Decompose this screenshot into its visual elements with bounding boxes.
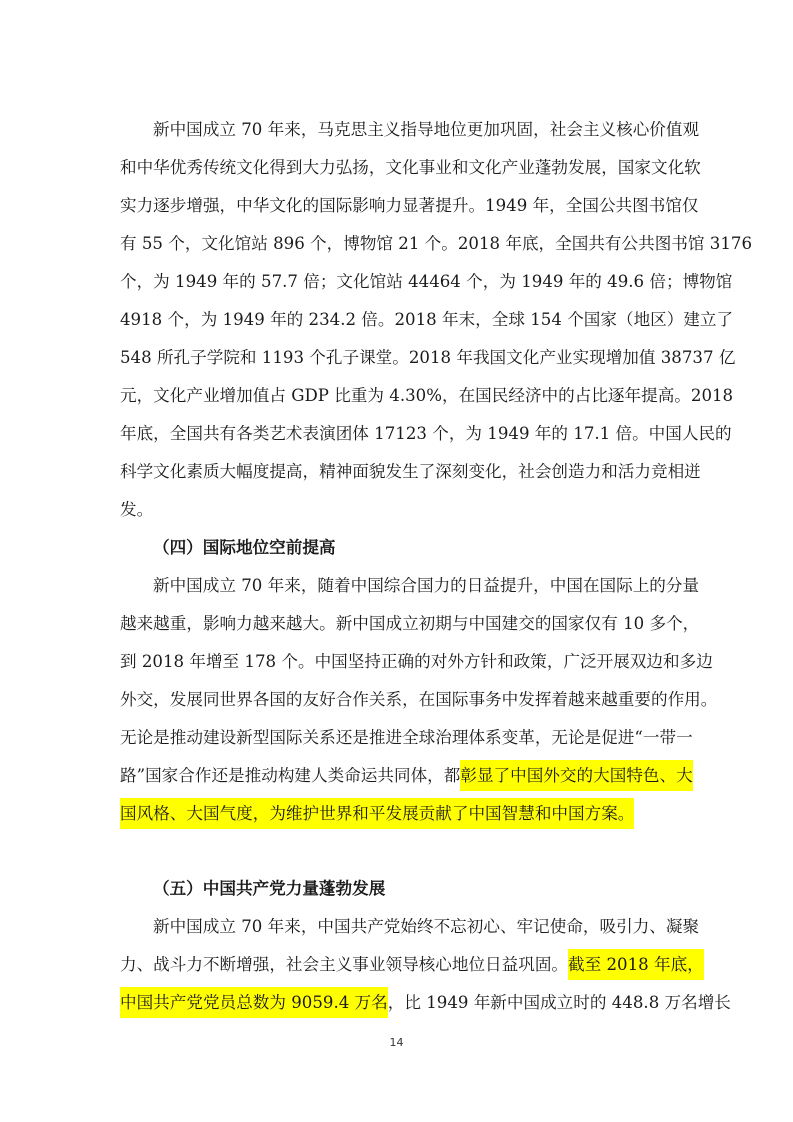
section-heading-international-status: （四）国际地位空前提高	[153, 529, 336, 567]
text-line: 科学文化素质大幅度提高，精神面貌发生了深刻变化，社会创造力和活力竞相迸	[120, 453, 673, 491]
text-line-highlighted: 中国共产党党员总数为 9059.4 万名，比 1949 年新中国成立时的 448…	[120, 984, 673, 1022]
highlighted-text: 中国共产党党员总数为 9059.4 万名	[120, 987, 388, 1018]
text-line-highlighted: 路”国家合作还是推动构建人类命运共同体，都彰显了中国外交的大国特色、大	[120, 757, 673, 795]
plain-text: 路”国家合作还是推动构建人类命运共同体，都	[120, 766, 460, 785]
text-line-highlighted: 力、战斗力不断增强，社会主义事业领导核心地位日益巩固。截至 2018 年底，	[120, 946, 673, 984]
highlighted-text: 彰显了中国外交的大国特色、大	[460, 760, 692, 791]
text-line: 新中国成立 70 年来，马克思主义指导地位更加巩固，社会主义核心价值观	[153, 111, 673, 149]
text-line: 外交，发展同世界各国的友好合作关系，在国际事务中发挥着越来越重要的作用。	[120, 681, 673, 719]
plain-text: ，比 1949 年新中国成立时的 448.8 万名增长	[388, 993, 731, 1012]
text-line: 新中国成立 70 年来，中国共产党始终不忘初心、牢记使命，吸引力、凝聚	[153, 908, 673, 946]
text-line: 年底，全国共有各类艺术表演团体 17123 个，为 1949 年的 17.1 倍…	[120, 415, 673, 453]
text-line-highlighted: 国风格、大国气度，为维护世界和平发展贡献了中国智慧和中国方案。	[120, 795, 634, 833]
text-line: 个，为 1949 年的 57.7 倍；文化馆站 44464 个，为 1949 年…	[120, 263, 673, 301]
text-line: 发。	[120, 491, 153, 529]
text-line: 有 55 个，文化馆站 896 个，博物馆 21 个。2018 年底，全国共有公…	[120, 225, 673, 263]
text-line: 到 2018 年增至 178 个。中国坚持正确的对外方针和政策，广泛开展双边和多…	[120, 643, 673, 681]
page-number: 14	[0, 1036, 793, 1049]
text-line: 元，文化产业增加值占 GDP 比重为 4.30%，在国民经济中的占比逐年提高。2…	[120, 377, 673, 415]
text-line: 实力逐步增强，中华文化的国际影响力显著提升。1949 年，全国公共图书馆仅	[120, 187, 673, 225]
section-heading-party-development: （五）中国共产党力量蓬勃发展	[153, 870, 385, 908]
text-line: 越来越重，影响力越来越大。新中国成立初期与中国建交的国家仅有 10 多个，	[120, 605, 673, 643]
text-line: 548 所孔子学院和 1193 个孔子课堂。2018 年我国文化产业实现增加值 …	[120, 339, 673, 377]
highlighted-text: 截至 2018 年底，	[568, 949, 704, 980]
plain-text: 力、战斗力不断增强，社会主义事业领导核心地位日益巩固。	[120, 955, 568, 974]
document-page: 新中国成立 70 年来，马克思主义指导地位更加巩固，社会主义核心价值观 和中华优…	[0, 0, 793, 1122]
text-line: 新中国成立 70 年来，随着中国综合国力的日益提升，中国在国际上的分量	[153, 567, 673, 605]
text-line: 4918 个，为 1949 年的 234.2 倍。2018 年末，全球 154 …	[120, 301, 673, 339]
text-line: 无论是推动建设新型国际关系还是推进全球治理体系变革，无论是促进“一带一	[120, 719, 673, 757]
highlighted-text: 国风格、大国气度，为维护世界和平发展贡献了中国智慧和中国方案。	[120, 798, 634, 829]
text-line: 和中华优秀传统文化得到大力弘扬，文化事业和文化产业蓬勃发展，国家文化软	[120, 149, 673, 187]
